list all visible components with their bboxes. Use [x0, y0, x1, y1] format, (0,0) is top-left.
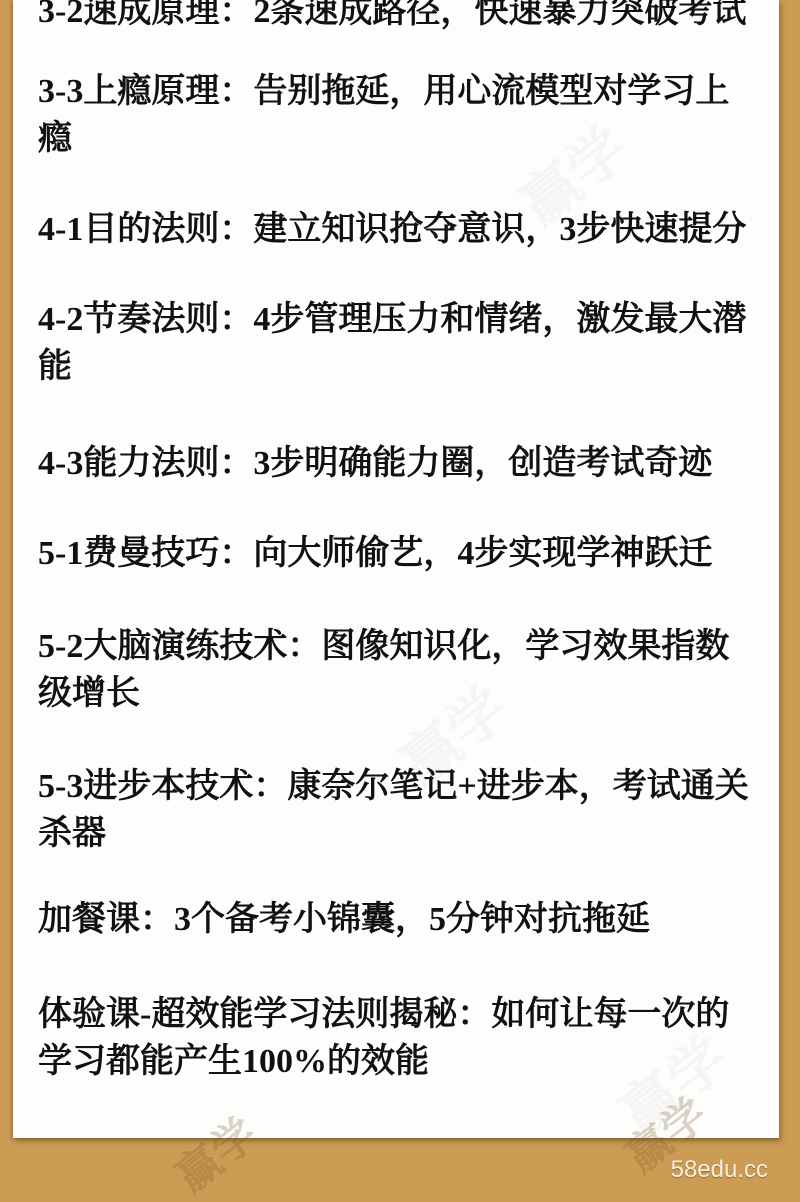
course-item-5-2: 5-2大脑演练技术：图像知识化，学习效果指数级增长 [38, 623, 760, 717]
course-item-4-1: 4-1目的法则：建立知识抢夺意识，3步快速提分 [38, 206, 760, 253]
course-item-3-2: 3-2速成原理：2条速成路径，快速暴力突破考试 [38, 0, 760, 35]
course-item-5-3: 5-3进步本技术：康奈尔笔记+进步本，考试通关杀器 [38, 763, 760, 857]
course-item-4-2: 4-2节奏法则：4步管理压力和情绪，激发最大潜能 [38, 296, 760, 390]
course-item-bonus: 加餐课：3个备考小锦囊，5分钟对抗拖延 [38, 896, 760, 943]
course-item-trial: 体验课-超效能学习法则揭秘：如何让每一次的学习都能产生100%的效能 [38, 991, 760, 1085]
course-item-4-3: 4-3能力法则：3步明确能力圈，创造考试奇迹 [38, 440, 760, 487]
course-item-5-1: 5-1费曼技巧：向大师偷艺，4步实现学神跃迁 [38, 530, 760, 577]
content-card: 3-2速成原理：2条速成路径，快速暴力突破考试 3-3上瘾原理：告别拖延，用心流… [13, 0, 779, 1138]
course-item-3-3: 3-3上瘾原理：告别拖延，用心流模型对学习上瘾 [38, 68, 760, 162]
page: 3-2速成原理：2条速成路径，快速暴力突破考试 3-3上瘾原理：告别拖延，用心流… [0, 0, 800, 1202]
site-watermark: 58edu.cc [671, 1156, 768, 1184]
